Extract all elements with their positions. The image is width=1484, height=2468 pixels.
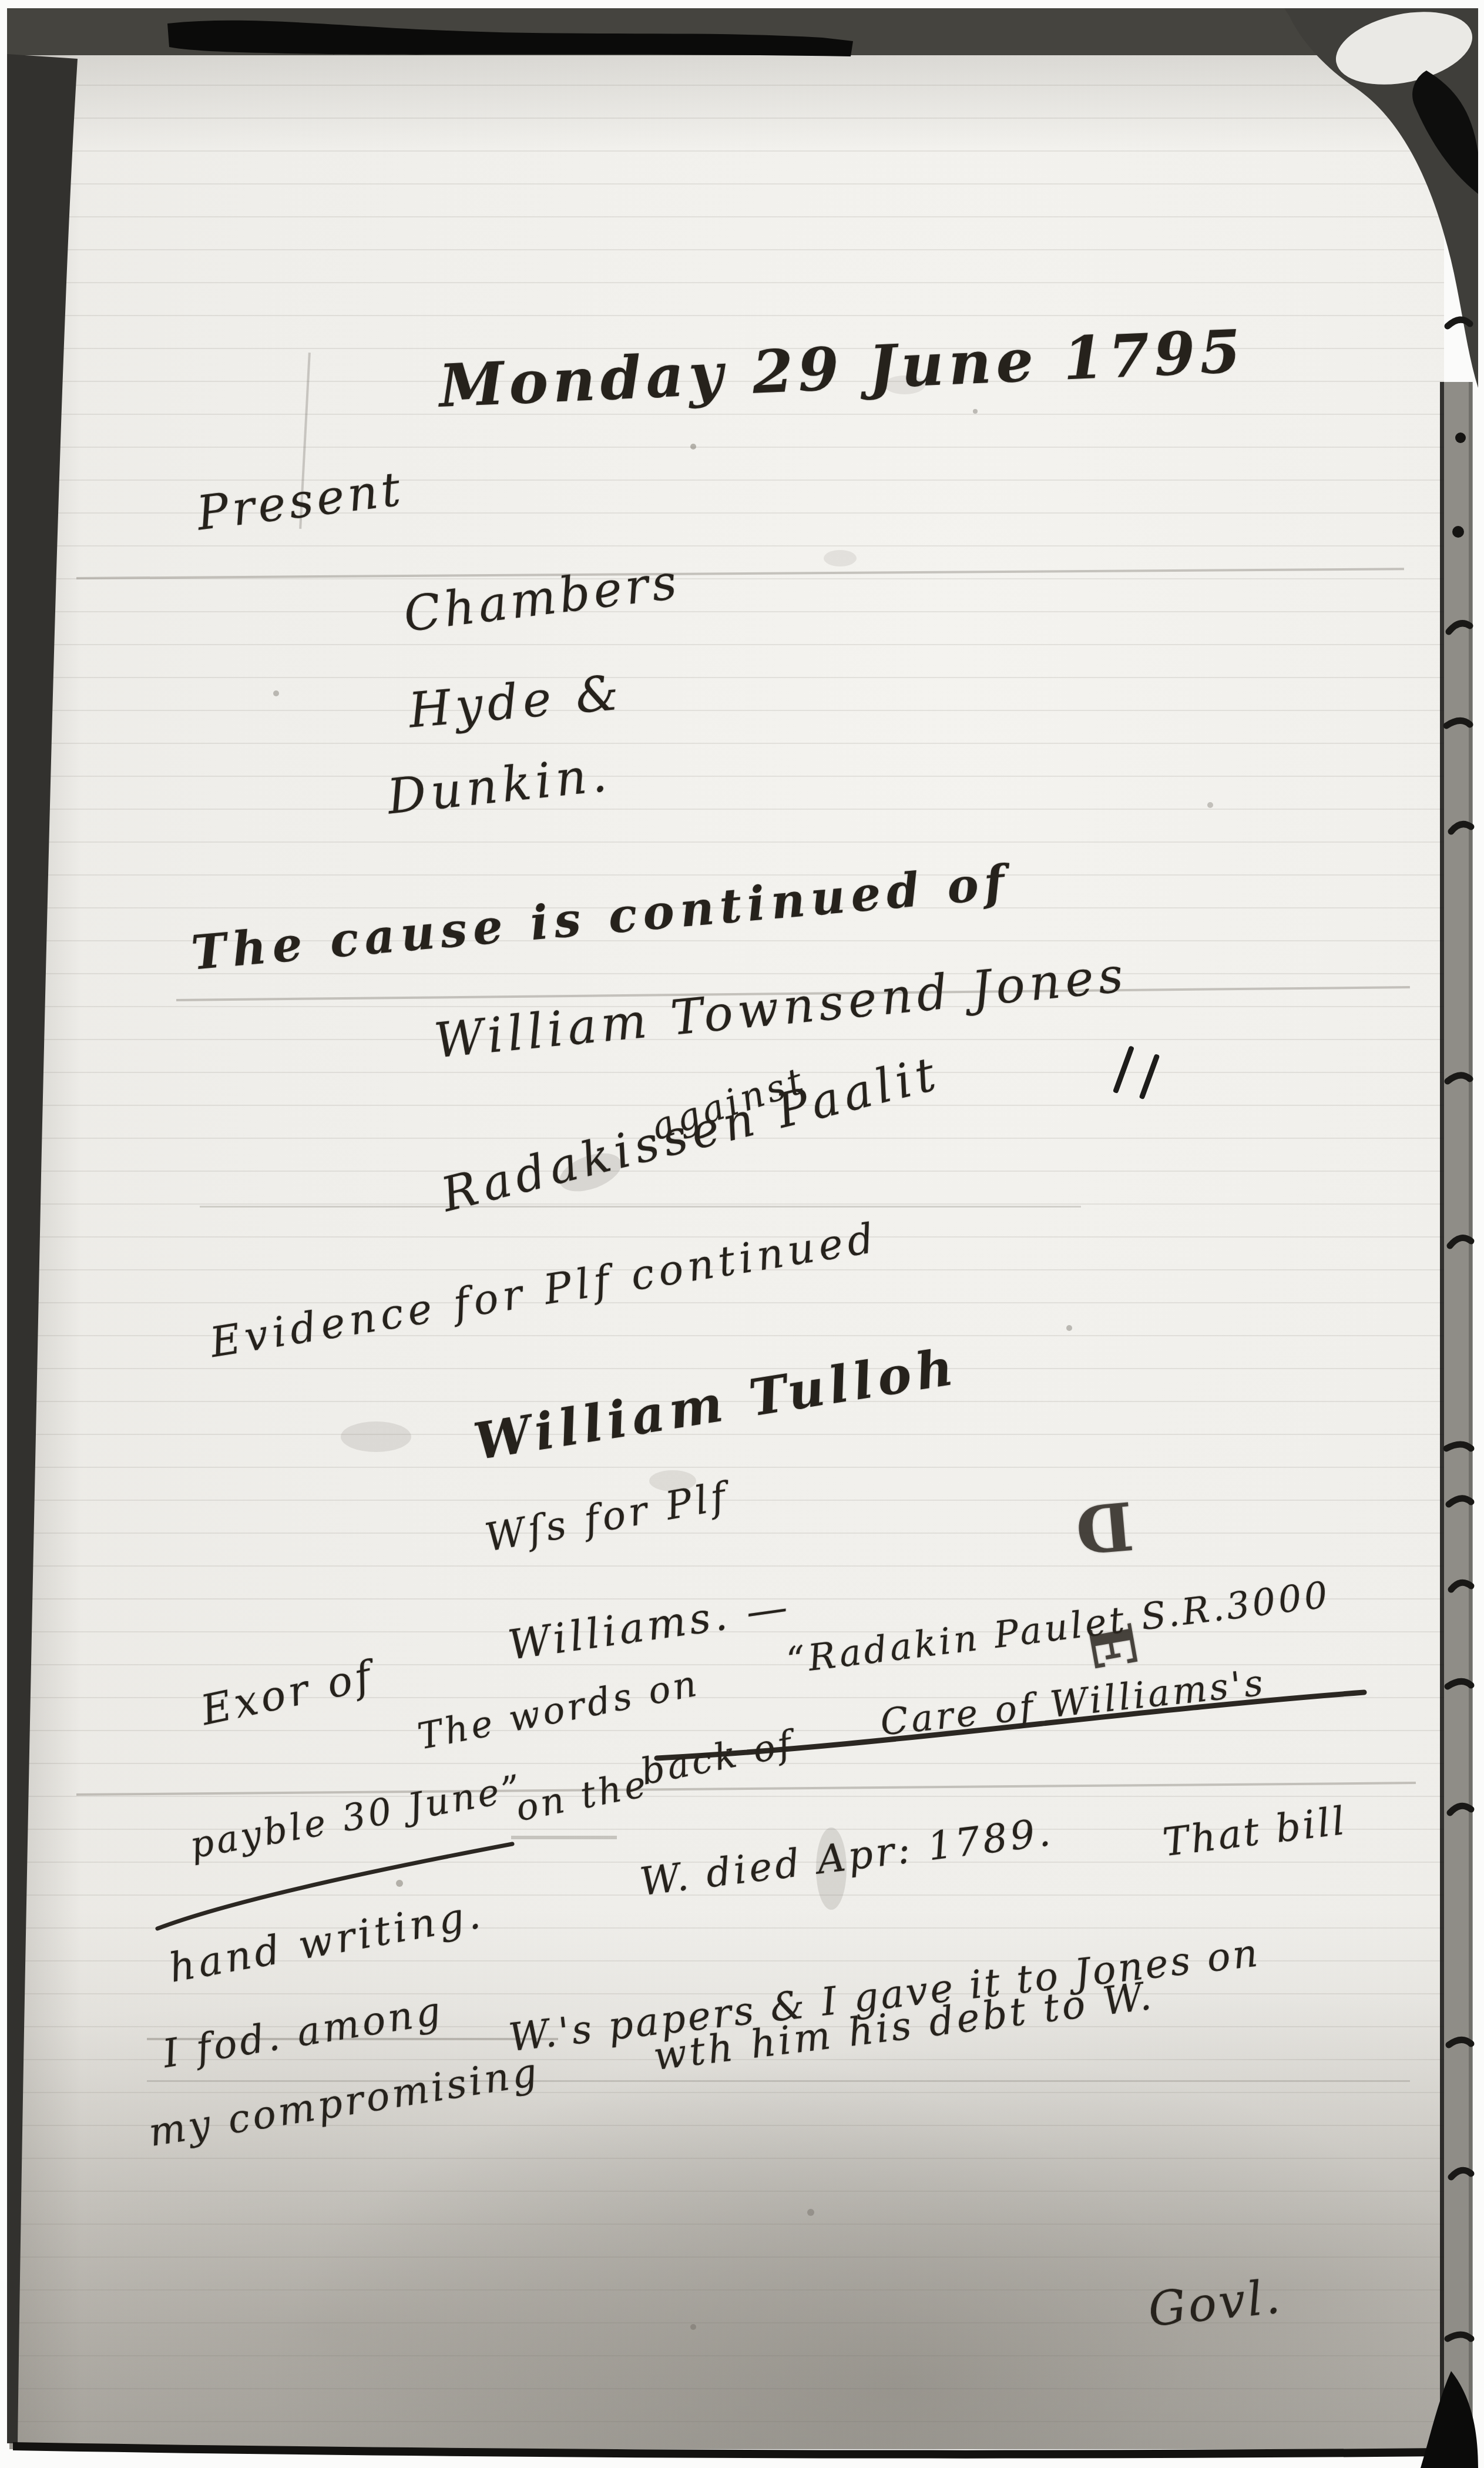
testimony-on-the: on the [512, 1762, 652, 1829]
testimony-found-among: I fod. among [160, 1988, 446, 2077]
present-label: Present [194, 461, 407, 541]
cause-intro: The cause is continued of [189, 854, 1012, 981]
stamp-d-bleedthrough: D [1073, 1489, 1136, 1571]
date-heading: Monday 29 June 1795 [438, 316, 1247, 421]
testimony-exor-of: Exor of [197, 1651, 378, 1735]
judge-hyde: Hyde & [407, 665, 626, 739]
testimony-care-of-williams: Care of Williams's [878, 1661, 1268, 1743]
handwriting-layer: Monday 29 June 1795 Present Chambers Hyd… [0, 0, 1484, 2468]
testimony-hand-writing: hand writing. [166, 1891, 487, 1992]
evidence-note: Evidence for Plf continued [207, 1213, 882, 1367]
cause-plaintiff: William Townsend Jones [432, 947, 1130, 1069]
judge-dunkin: Dunkin. [385, 746, 614, 825]
testimony-died: W. died Apr: 1789. [637, 1809, 1056, 1905]
cause-defendant: Radakissen Paalit [436, 1045, 946, 1222]
testimony-the-words-on: The words on [414, 1661, 703, 1758]
testimony-quote-end: payble 30 June” [187, 1766, 526, 1867]
testimony-that-bill: That bill [1160, 1798, 1349, 1866]
judge-chambers: Chambers [401, 554, 683, 643]
testimony-back-of: back of [637, 1722, 798, 1793]
clerk-signature: Govl. [1146, 2269, 1285, 2337]
manuscript-scan: Monday 29 June 1795 Present Chambers Hyd… [0, 0, 1484, 2468]
testimony-williams: Williams. — [505, 1582, 794, 1670]
witness-role: Wſs for Plf [482, 1473, 733, 1561]
witness-name: William Tulloh [470, 1337, 962, 1472]
